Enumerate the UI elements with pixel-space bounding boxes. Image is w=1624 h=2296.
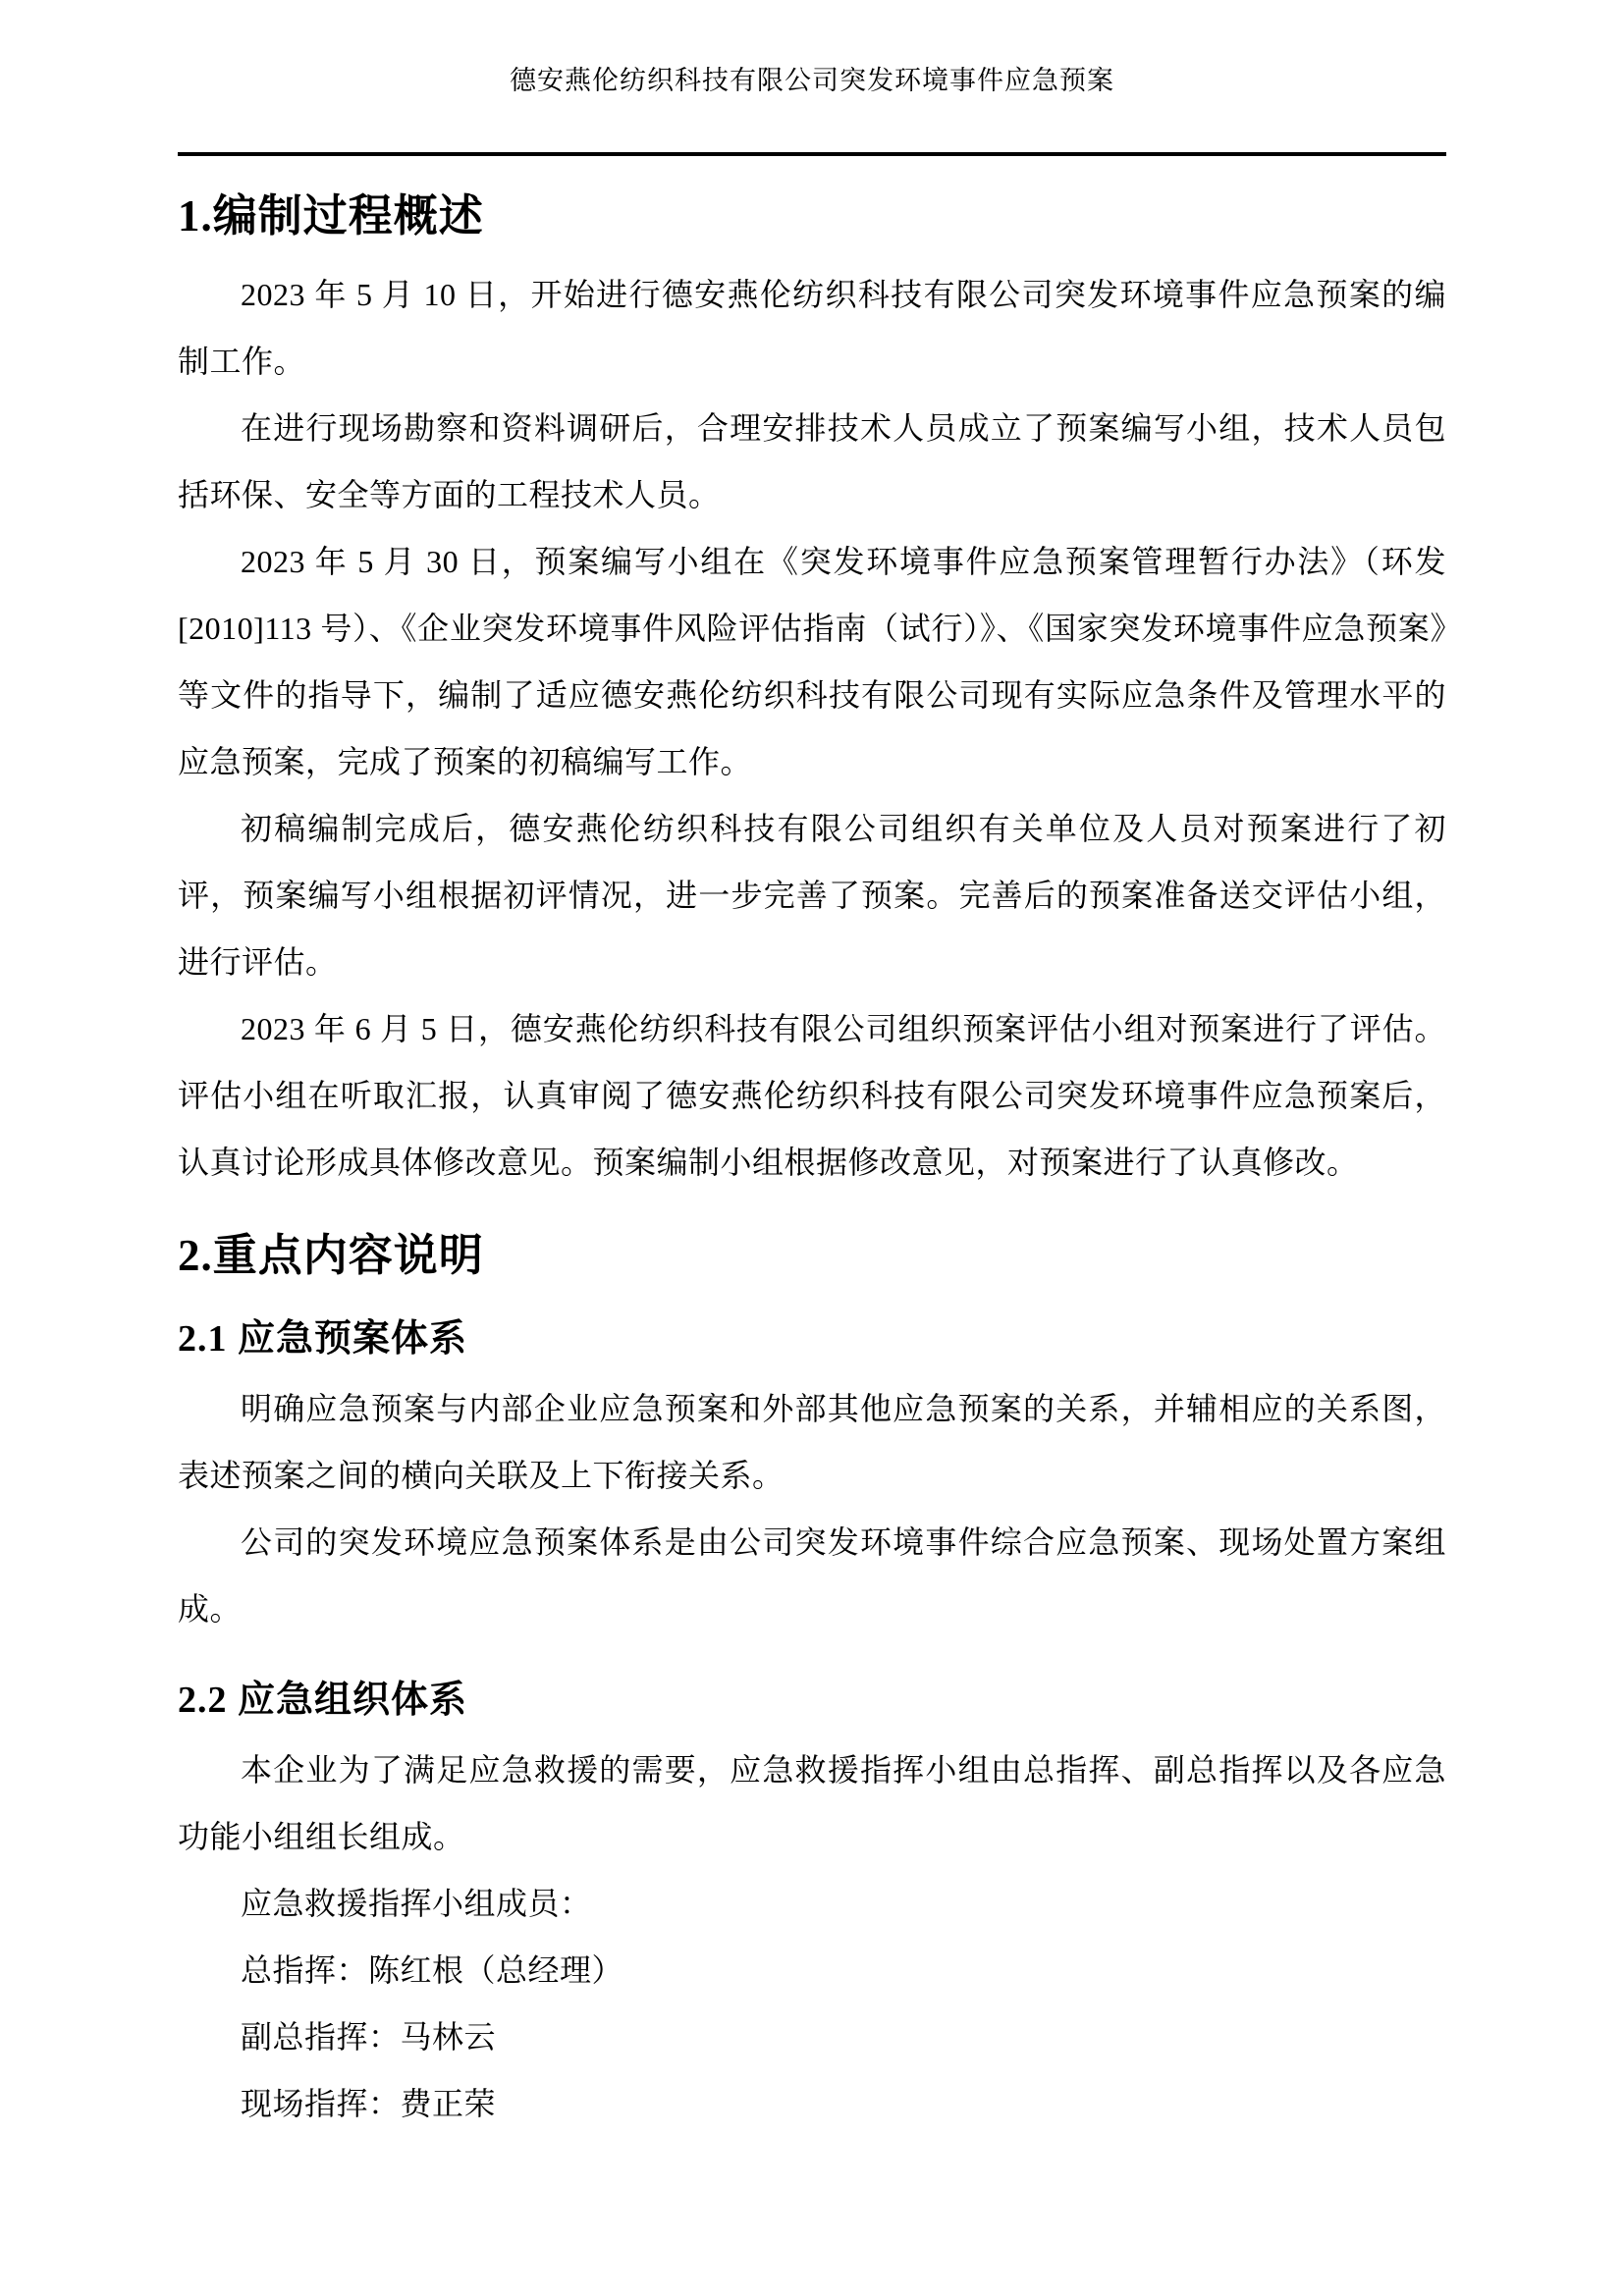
document-page: 德安燕伦纺织科技有限公司突发环境事件应急预案 1.编制过程概述 2023 年 5… (0, 0, 1624, 2296)
section-1-heading: 1.编制过程概述 (178, 190, 1446, 241)
page-header: 德安燕伦纺织科技有限公司突发环境事件应急预案 (178, 0, 1446, 156)
subsection-2-1-paragraph-1: 明确应急预案与内部企业应急预案和外部其他应急预案的关系，并辅相应的关系图，表述预… (178, 1375, 1446, 1509)
section-1-paragraph-1: 2023 年 5 月 10 日，开始进行德安燕伦纺织科技有限公司突发环境事件应急… (178, 261, 1446, 395)
subsection-2-1-heading: 2.1 应急预案体系 (178, 1316, 1446, 1362)
site-commander-line: 现场指挥：费正荣 (178, 2070, 1446, 2137)
subsection-2-2-paragraph-1: 本企业为了满足应急救援的需要，应急救援指挥小组由总指挥、副总指挥以及各应急功能小… (178, 1736, 1446, 1870)
section-1-paragraph-4: 初稿编制完成后，德安燕伦纺织科技有限公司组织有关单位及人员对预案进行了初评，预案… (178, 795, 1446, 995)
subsection-2-2-heading: 2.2 应急组织体系 (178, 1678, 1446, 1723)
deputy-commander-line: 副总指挥：马林云 (178, 2003, 1446, 2070)
chief-commander-line: 总指挥：陈红根（总经理） (178, 1937, 1446, 2003)
document-header-title: 德安燕伦纺织科技有限公司突发环境事件应急预案 (178, 65, 1446, 97)
command-group-members-label: 应急救援指挥小组成员： (178, 1870, 1446, 1937)
document-body: 1.编制过程概述 2023 年 5 月 10 日，开始进行德安燕伦纺织科技有限公… (178, 190, 1446, 2137)
section-1-paragraph-3: 2023 年 5 月 30 日，预案编写小组在《突发环境事件应急预案管理暂行办法… (178, 528, 1446, 795)
section-1-paragraph-2: 在进行现场勘察和资料调研后，合理安排技术人员成立了预案编写小组，技术人员包括环保… (178, 395, 1446, 528)
subsection-2-1-paragraph-2: 公司的突发环境应急预案体系是由公司突发环境事件综合应急预案、现场处置方案组成。 (178, 1509, 1446, 1642)
section-2-heading: 2.重点内容说明 (178, 1230, 1446, 1281)
section-1-paragraph-5: 2023 年 6 月 5 日，德安燕伦纺织科技有限公司组织预案评估小组对预案进行… (178, 995, 1446, 1196)
